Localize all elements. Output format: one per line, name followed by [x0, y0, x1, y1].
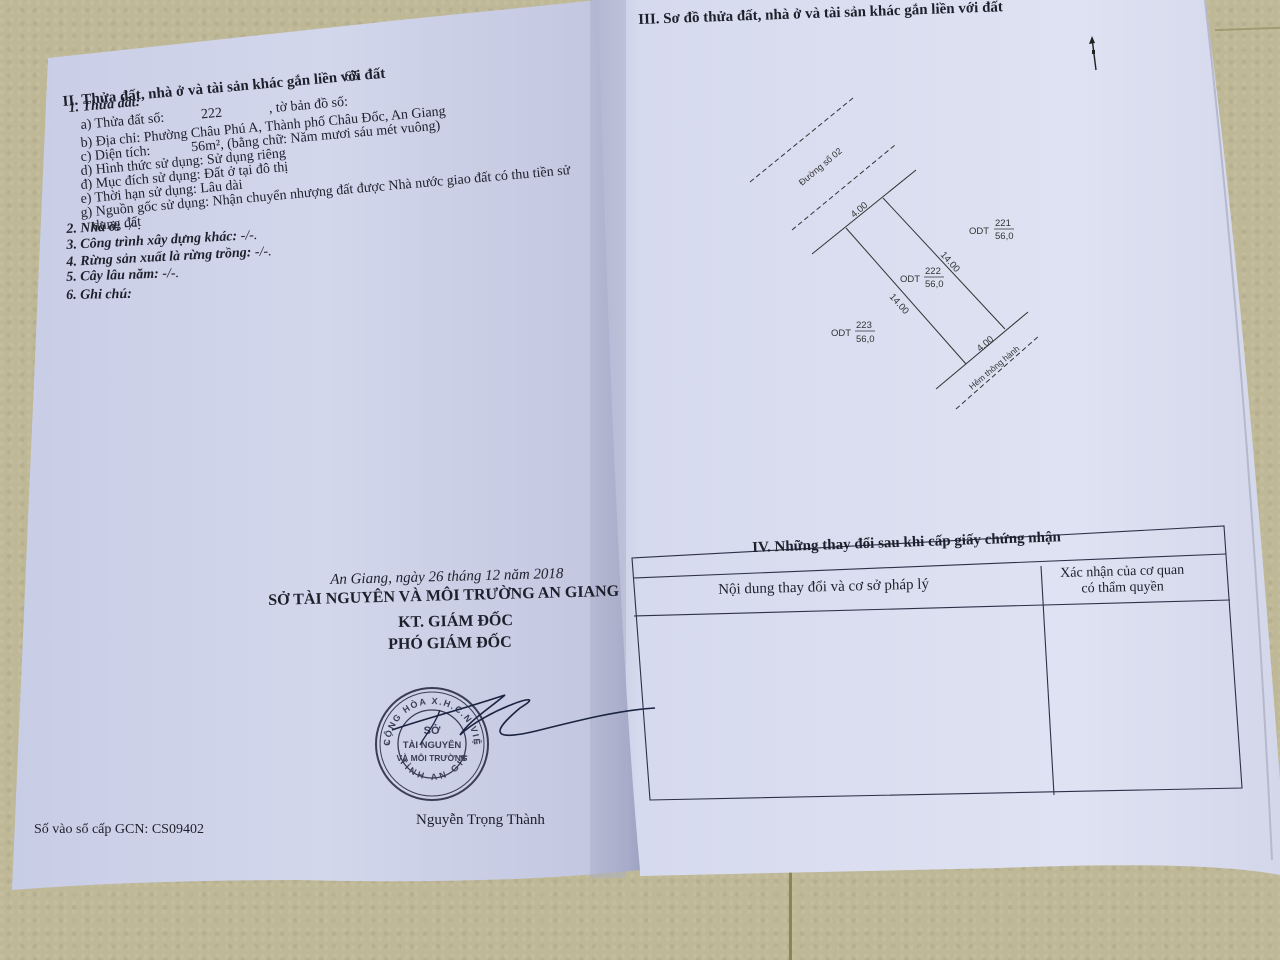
road-top-label: Đường số 02 [797, 146, 844, 188]
edge-right-length: 14.00 [938, 250, 962, 275]
parcel-223-area: 56,0 [856, 334, 875, 345]
north-arrow-icon [1084, 34, 1104, 74]
signer-name: Nguyễn Trọng Thành [416, 812, 545, 829]
edge-left-length: 14.00 [887, 292, 911, 317]
edge-bottom-length: 4.00 [975, 334, 996, 354]
changes-col-confirm-header: Xác nhận của cơ quan có thẩm quyền [1060, 563, 1185, 598]
parcel-221-area: 56,0 [995, 231, 1014, 242]
deputy-director-title: PHÓ GIÁM ĐỐC [388, 634, 512, 654]
map-sheet-value: 65 [344, 69, 359, 86]
parcel-223-code: ODT [831, 328, 851, 339]
parcel-223-number: 223 [856, 320, 872, 331]
parcel-diagram: Đường số 02 4.00 14.00 14.00 4.00 Hẻm th… [740, 90, 1060, 430]
changes-content-cell [640, 620, 1040, 850]
edge-top-length: 4.00 [849, 200, 870, 220]
parcel-221-number: 221 [995, 218, 1011, 229]
road-edge-line [750, 98, 853, 182]
parcel-222-number: 222 [925, 266, 941, 277]
changes-confirm-cell [1050, 610, 1230, 850]
parcel-222-area: 56,0 [925, 279, 944, 290]
parcel-222-code: ODT [900, 274, 920, 285]
road-bottom-label: Hẻm thông hành [967, 343, 1022, 391]
parcel-221-code: ODT [969, 226, 989, 237]
notes-row: 6. Ghi chú: [66, 287, 132, 304]
road-edge-line [792, 145, 895, 230]
registry-number: Số vào sổ cấp GCN: CS09402 [34, 822, 204, 838]
parcel-number-value: 222 [200, 106, 222, 123]
on-behalf-of-director: KT. GIÁM ĐỐC [398, 612, 513, 632]
